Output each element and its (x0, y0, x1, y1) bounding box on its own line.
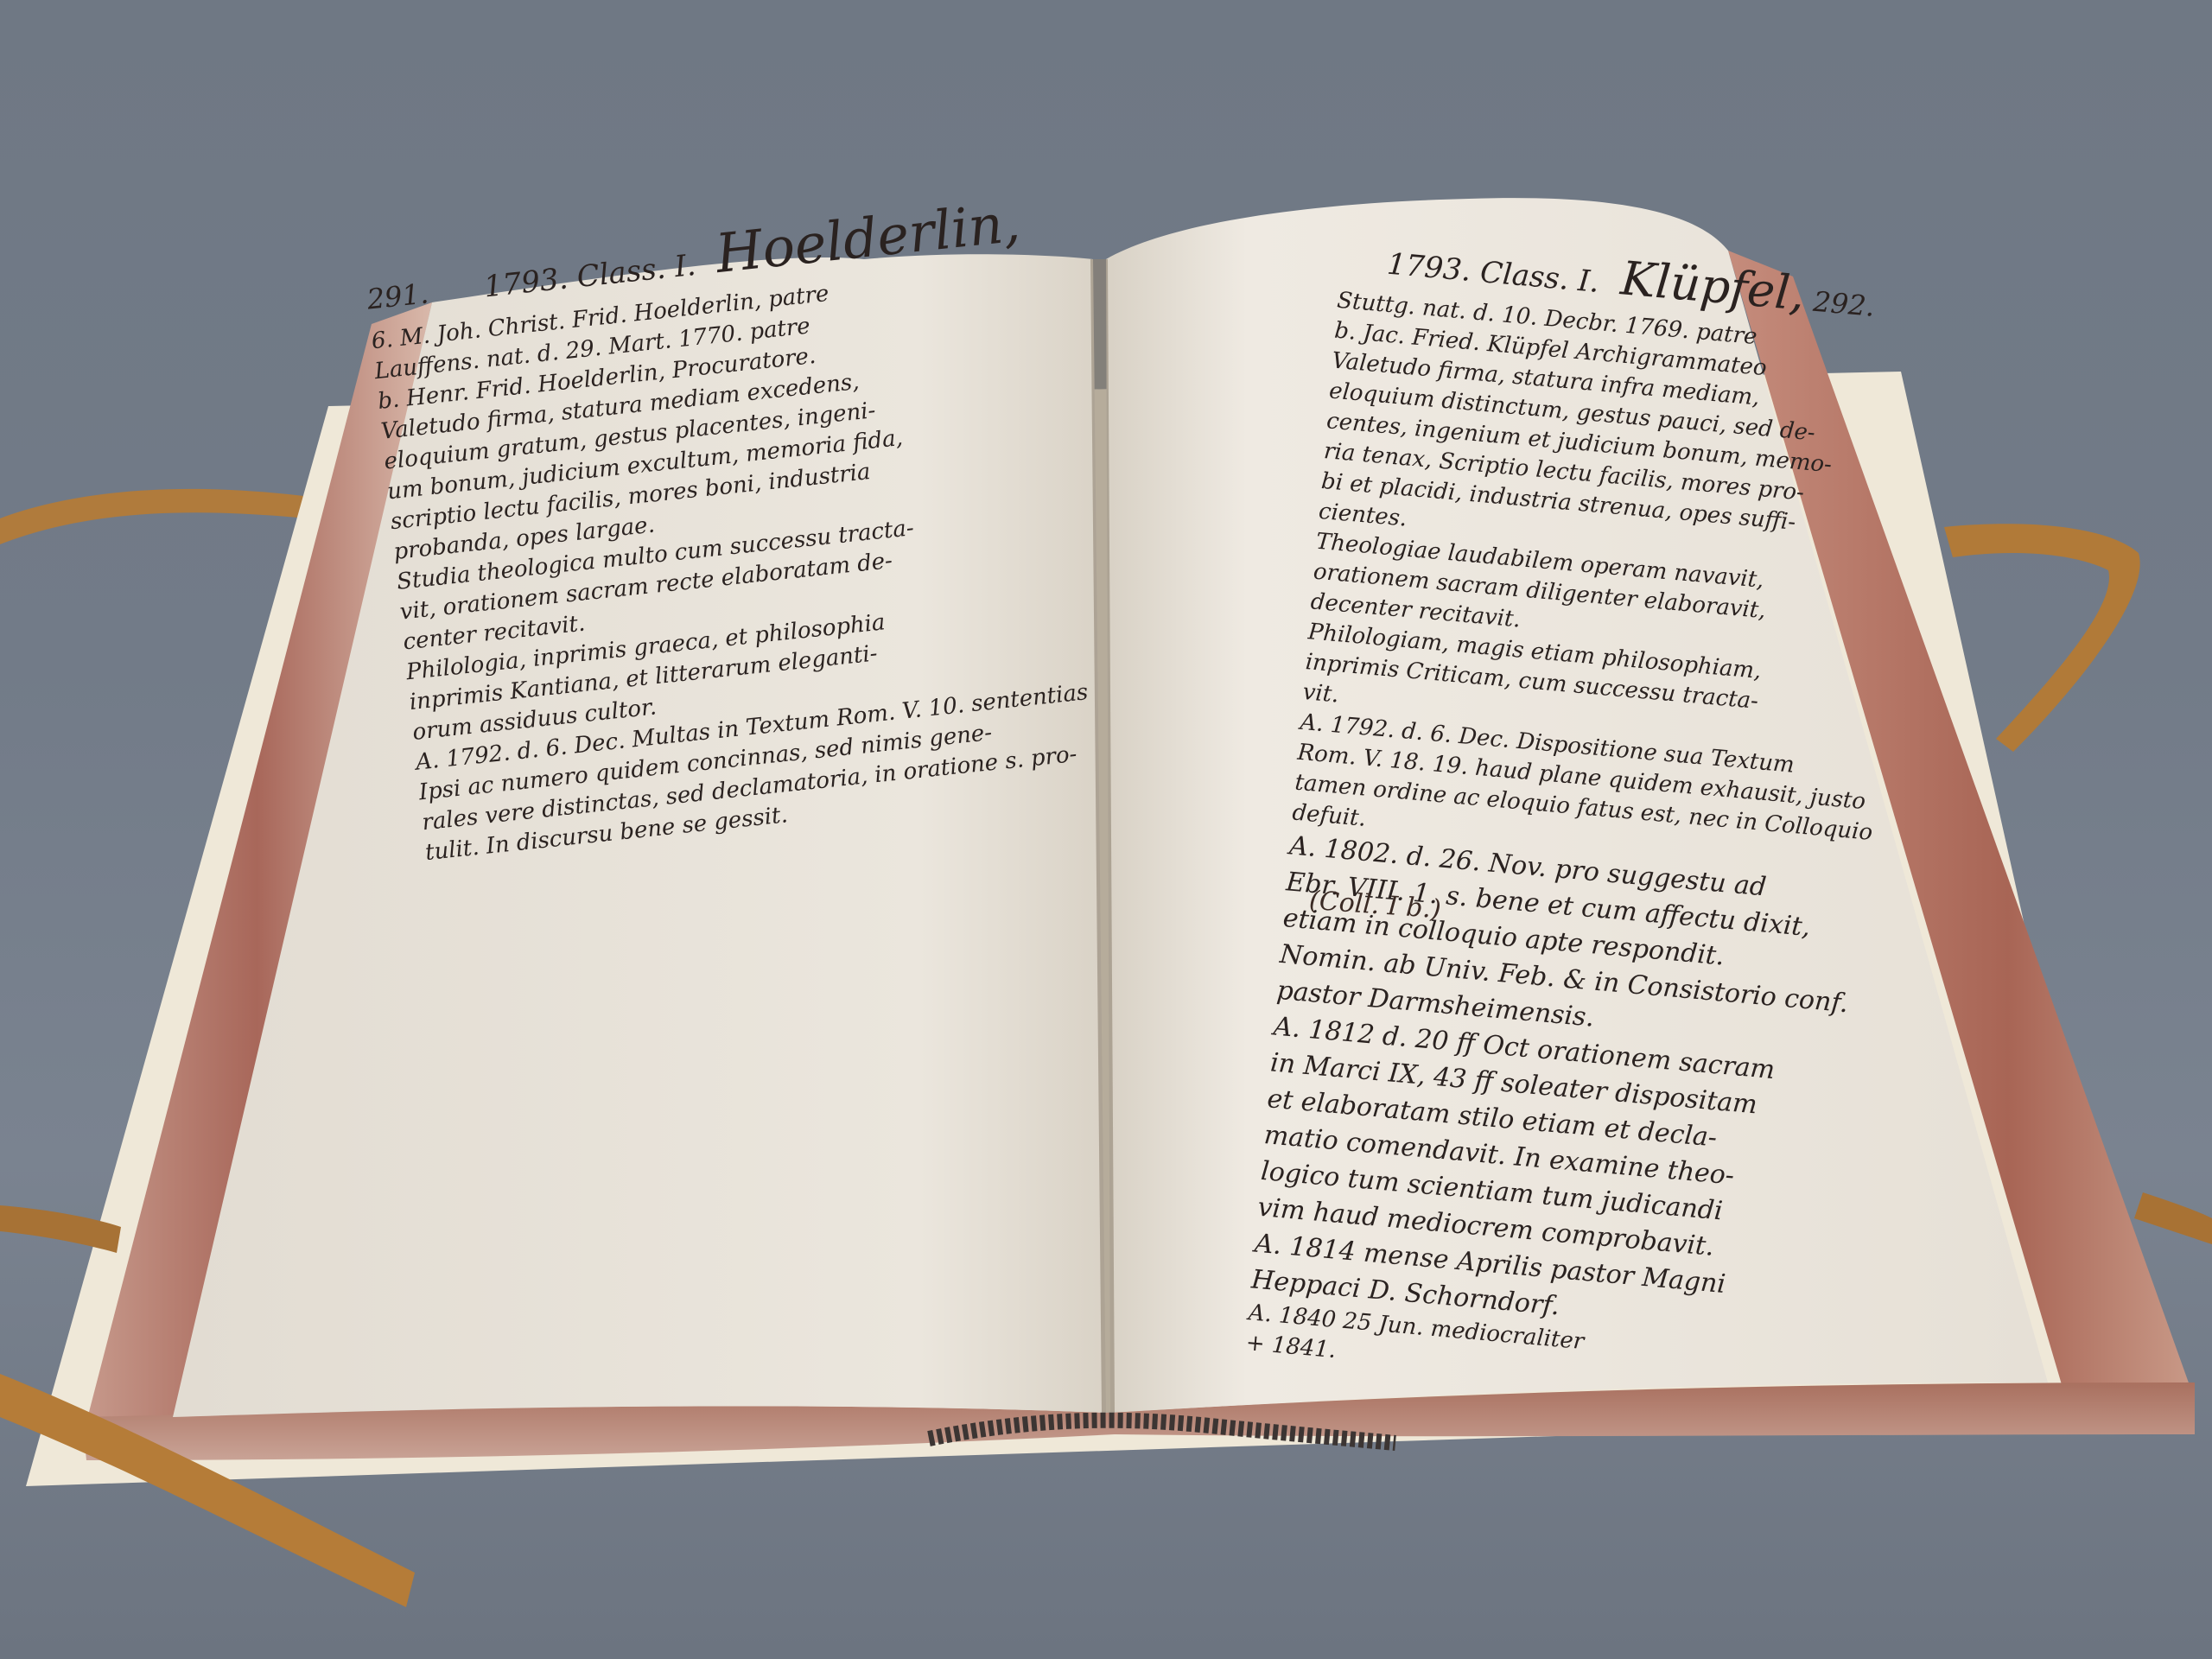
right-page-year: 1793. (1386, 247, 1472, 289)
left-page-year: 1793. (482, 261, 569, 304)
left-page-text: 291. 1793. Class. I. Hoelderlin, 6. M. J… (363, 188, 1099, 868)
ribbon-left-top (0, 489, 311, 544)
right-page-class: Class. I. (1478, 255, 1600, 300)
right-page-text: 1793. Class. I. Klüpfel, 292. Stuttg. na… (1244, 226, 1921, 1408)
left-page-number: 291. (365, 276, 430, 315)
photo-scene: 291. 1793. Class. I. Hoelderlin, 6. M. J… (0, 0, 2212, 1659)
open-book (0, 0, 2212, 1659)
ribbon-right-bottom (2134, 1192, 2212, 1244)
left-page-class: Class. I. (575, 248, 697, 295)
right-page-number: 292. (1812, 285, 1876, 323)
